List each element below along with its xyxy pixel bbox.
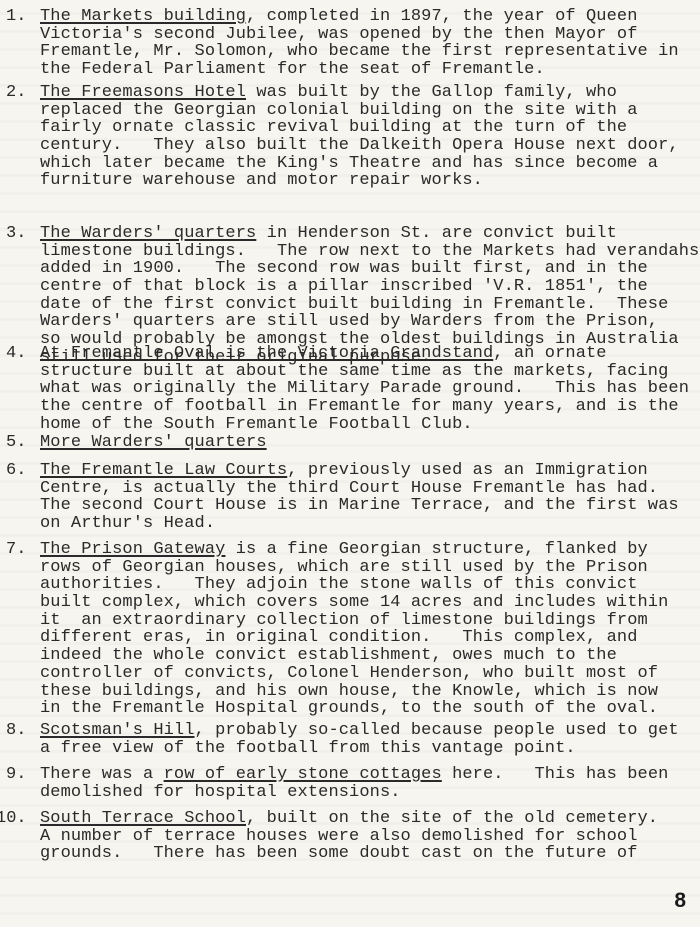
text-line: centre of that block is a pillar inscrib…	[40, 278, 700, 296]
item-number: 3.	[6, 225, 38, 243]
text-run: in the Fremantle Hospital grounds, to th…	[40, 699, 658, 718]
text-line: different eras, in original condition. T…	[40, 629, 700, 647]
text-line: added in 1900. The second row was built …	[40, 260, 700, 278]
text-line: replaced the Georgian colonial building …	[40, 102, 700, 120]
text-run: , an ornate	[493, 344, 606, 363]
text-run: these buildings, and his own house, the …	[40, 682, 658, 701]
underlined-heading: Scotsman's Hill	[40, 721, 195, 740]
text-run: controller of convicts, Colonel Henderso…	[40, 664, 658, 683]
item-number: 10.	[0, 810, 28, 828]
text-line: rows of Georgian houses, which are still…	[40, 559, 700, 577]
text-run: what was originally the Military Parade …	[40, 379, 689, 398]
text-run: a free view of the football from this va…	[40, 739, 576, 758]
text-line: date of the first convict built building…	[40, 296, 700, 314]
text-line: A number of terrace houses were also dem…	[40, 828, 700, 846]
text-line: the centre of football in Fremantle for …	[40, 398, 700, 416]
underlined-heading: The Markets building	[40, 7, 246, 26]
text-line: More Warders' quarters	[40, 434, 700, 452]
text-run: built complex, which covers some 14 acre…	[40, 593, 668, 612]
text-run: , previously used as an Immigration	[287, 461, 648, 480]
item-number: 2.	[6, 84, 38, 102]
text-line: the Federal Parliament for the seat of F…	[40, 61, 700, 79]
text-run: is a fine Georgian structure, flanked by	[225, 540, 647, 559]
underlined-heading: The Warders' quarters	[40, 224, 256, 243]
text-line: Victoria's second Jubilee, was opened by…	[40, 26, 700, 44]
text-run: , built on the site of the old cemetery.	[246, 809, 658, 828]
text-line: limestone buildings. The row next to the…	[40, 243, 700, 261]
text-line: indeed the whole convict establishment, …	[40, 647, 700, 665]
item-text: Scotsman's Hill, probably so-called beca…	[40, 722, 700, 757]
text-line: Centre, is actually the third Court Hous…	[40, 480, 700, 498]
text-run: date of the first convict built building…	[40, 295, 668, 314]
text-run: the Federal Parliament for the seat of F…	[40, 60, 545, 79]
text-run: Fremantle, Mr. Solomon, who became the f…	[40, 42, 679, 61]
page-number: 8	[674, 889, 686, 913]
item-number: 6.	[6, 462, 38, 480]
underlined-heading: South Terrace School	[40, 809, 246, 828]
text-run: Centre, is actually the third Court Hous…	[40, 479, 658, 498]
text-line: grounds. There has been some doubt cast …	[40, 845, 700, 863]
text-line: furniture warehouse and motor repair wor…	[40, 172, 700, 190]
text-run: grounds. There has been some doubt cast …	[40, 844, 638, 863]
item-text: There was a row of early stone cottages …	[40, 766, 700, 801]
text-run: here. This has been	[442, 765, 669, 784]
text-line: The Fremantle Law Courts, previously use…	[40, 462, 700, 480]
text-line: The Freemasons Hotel was built by the Ga…	[40, 84, 700, 102]
text-run: the centre of football in Fremantle for …	[40, 397, 679, 416]
text-line: century. They also built the Dalkeith Op…	[40, 137, 700, 155]
text-run: , probably so-called because people used…	[195, 721, 679, 740]
text-run: fairly ornate classic revival building a…	[40, 118, 627, 137]
item-text: The Markets building, completed in 1897,…	[40, 8, 700, 79]
text-line: The Warders' quarters in Henderson St. a…	[40, 225, 700, 243]
text-run: replaced the Georgian colonial building …	[40, 101, 638, 120]
text-line: on Arthur's Head.	[40, 515, 700, 533]
item-text: South Terrace School, built on the site …	[40, 810, 700, 863]
text-run: different eras, in original condition. T…	[40, 628, 638, 647]
text-run: in Henderson St. are convict built	[256, 224, 617, 243]
text-line: Fremantle, Mr. Solomon, who became the f…	[40, 43, 700, 61]
text-run: it an extraordinary collection of limest…	[40, 611, 648, 630]
text-line: authorities. They adjoin the stone walls…	[40, 576, 700, 594]
item-number: 4.	[6, 345, 38, 363]
text-line: a free view of the football from this va…	[40, 740, 700, 758]
text-run: furniture warehouse and motor repair wor…	[40, 171, 483, 190]
text-line: built complex, which covers some 14 acre…	[40, 594, 700, 612]
item-text: The Fremantle Law Courts, previously use…	[40, 462, 700, 533]
text-line: these buildings, and his own house, the …	[40, 683, 700, 701]
text-line: At Fremantle Oval is the Victoria Grands…	[40, 345, 700, 363]
text-run: centre of that block is a pillar inscrib…	[40, 277, 648, 296]
item-number: 7.	[6, 541, 38, 559]
text-line: what was originally the Military Parade …	[40, 380, 700, 398]
text-line: Scotsman's Hill, probably so-called beca…	[40, 722, 700, 740]
text-run: Warders' quarters are still used by Ward…	[40, 312, 658, 331]
text-line: which later became the King's Theatre an…	[40, 155, 700, 173]
text-run: structure built at about the same time a…	[40, 362, 668, 381]
underlined-heading: At Fremantle Oval is the Victoria Grands…	[40, 344, 493, 363]
underlined-heading: The Prison Gateway	[40, 540, 225, 559]
text-run: indeed the whole convict establishment, …	[40, 646, 617, 665]
text-line: fairly ornate classic revival building a…	[40, 119, 700, 137]
item-text: More Warders' quarters	[40, 434, 700, 452]
underlined-heading: The Fremantle Law Courts	[40, 461, 287, 480]
text-run: Victoria's second Jubilee, was opened by…	[40, 25, 638, 44]
text-line: The Markets building, completed in 1897,…	[40, 8, 700, 26]
text-line: it an extraordinary collection of limest…	[40, 612, 700, 630]
underlined-heading: row of early stone cottages	[164, 765, 442, 784]
text-run: A number of terrace houses were also dem…	[40, 827, 638, 846]
item-text: The Freemasons Hotel was built by the Ga…	[40, 84, 700, 190]
text-run: limestone buildings. The row next to the…	[40, 242, 699, 261]
text-run: was built by the Gallop family, who	[246, 83, 617, 102]
text-line: Warders' quarters are still used by Ward…	[40, 313, 700, 331]
item-number: 8.	[6, 722, 38, 740]
text-line: home of the South Fremantle Football Clu…	[40, 416, 700, 434]
text-line: The second Court House is in Marine Terr…	[40, 497, 700, 515]
text-line: in the Fremantle Hospital grounds, to th…	[40, 700, 700, 718]
text-line: demolished for hospital extensions.	[40, 784, 700, 802]
text-run: There was a	[40, 765, 164, 784]
text-line: South Terrace School, built on the site …	[40, 810, 700, 828]
text-line: There was a row of early stone cottages …	[40, 766, 700, 784]
text-run: which later became the King's Theatre an…	[40, 154, 658, 173]
text-run: authorities. They adjoin the stone walls…	[40, 575, 638, 594]
text-line: structure built at about the same time a…	[40, 363, 700, 381]
underlined-heading: More Warders' quarters	[40, 433, 267, 452]
item-number: 9.	[6, 766, 38, 784]
text-line: controller of convicts, Colonel Henderso…	[40, 665, 700, 683]
item-text: The Prison Gateway is a fine Georgian st…	[40, 541, 700, 718]
item-text: At Fremantle Oval is the Victoria Grands…	[40, 345, 700, 433]
item-number: 1.	[6, 8, 38, 26]
underlined-heading: The Freemasons Hotel	[40, 83, 246, 102]
text-run: century. They also built the Dalkeith Op…	[40, 136, 679, 155]
text-run: on Arthur's Head.	[40, 514, 215, 533]
text-run: , completed in 1897, the year of Queen	[246, 7, 637, 26]
text-run: demolished for hospital extensions.	[40, 783, 401, 802]
text-line: The Prison Gateway is a fine Georgian st…	[40, 541, 700, 559]
item-number: 5.	[6, 434, 38, 452]
text-run: home of the South Fremantle Football Clu…	[40, 415, 473, 434]
text-run: rows of Georgian houses, which are still…	[40, 558, 648, 577]
text-run: added in 1900. The second row was built …	[40, 259, 648, 278]
text-run: The second Court House is in Marine Terr…	[40, 496, 679, 515]
